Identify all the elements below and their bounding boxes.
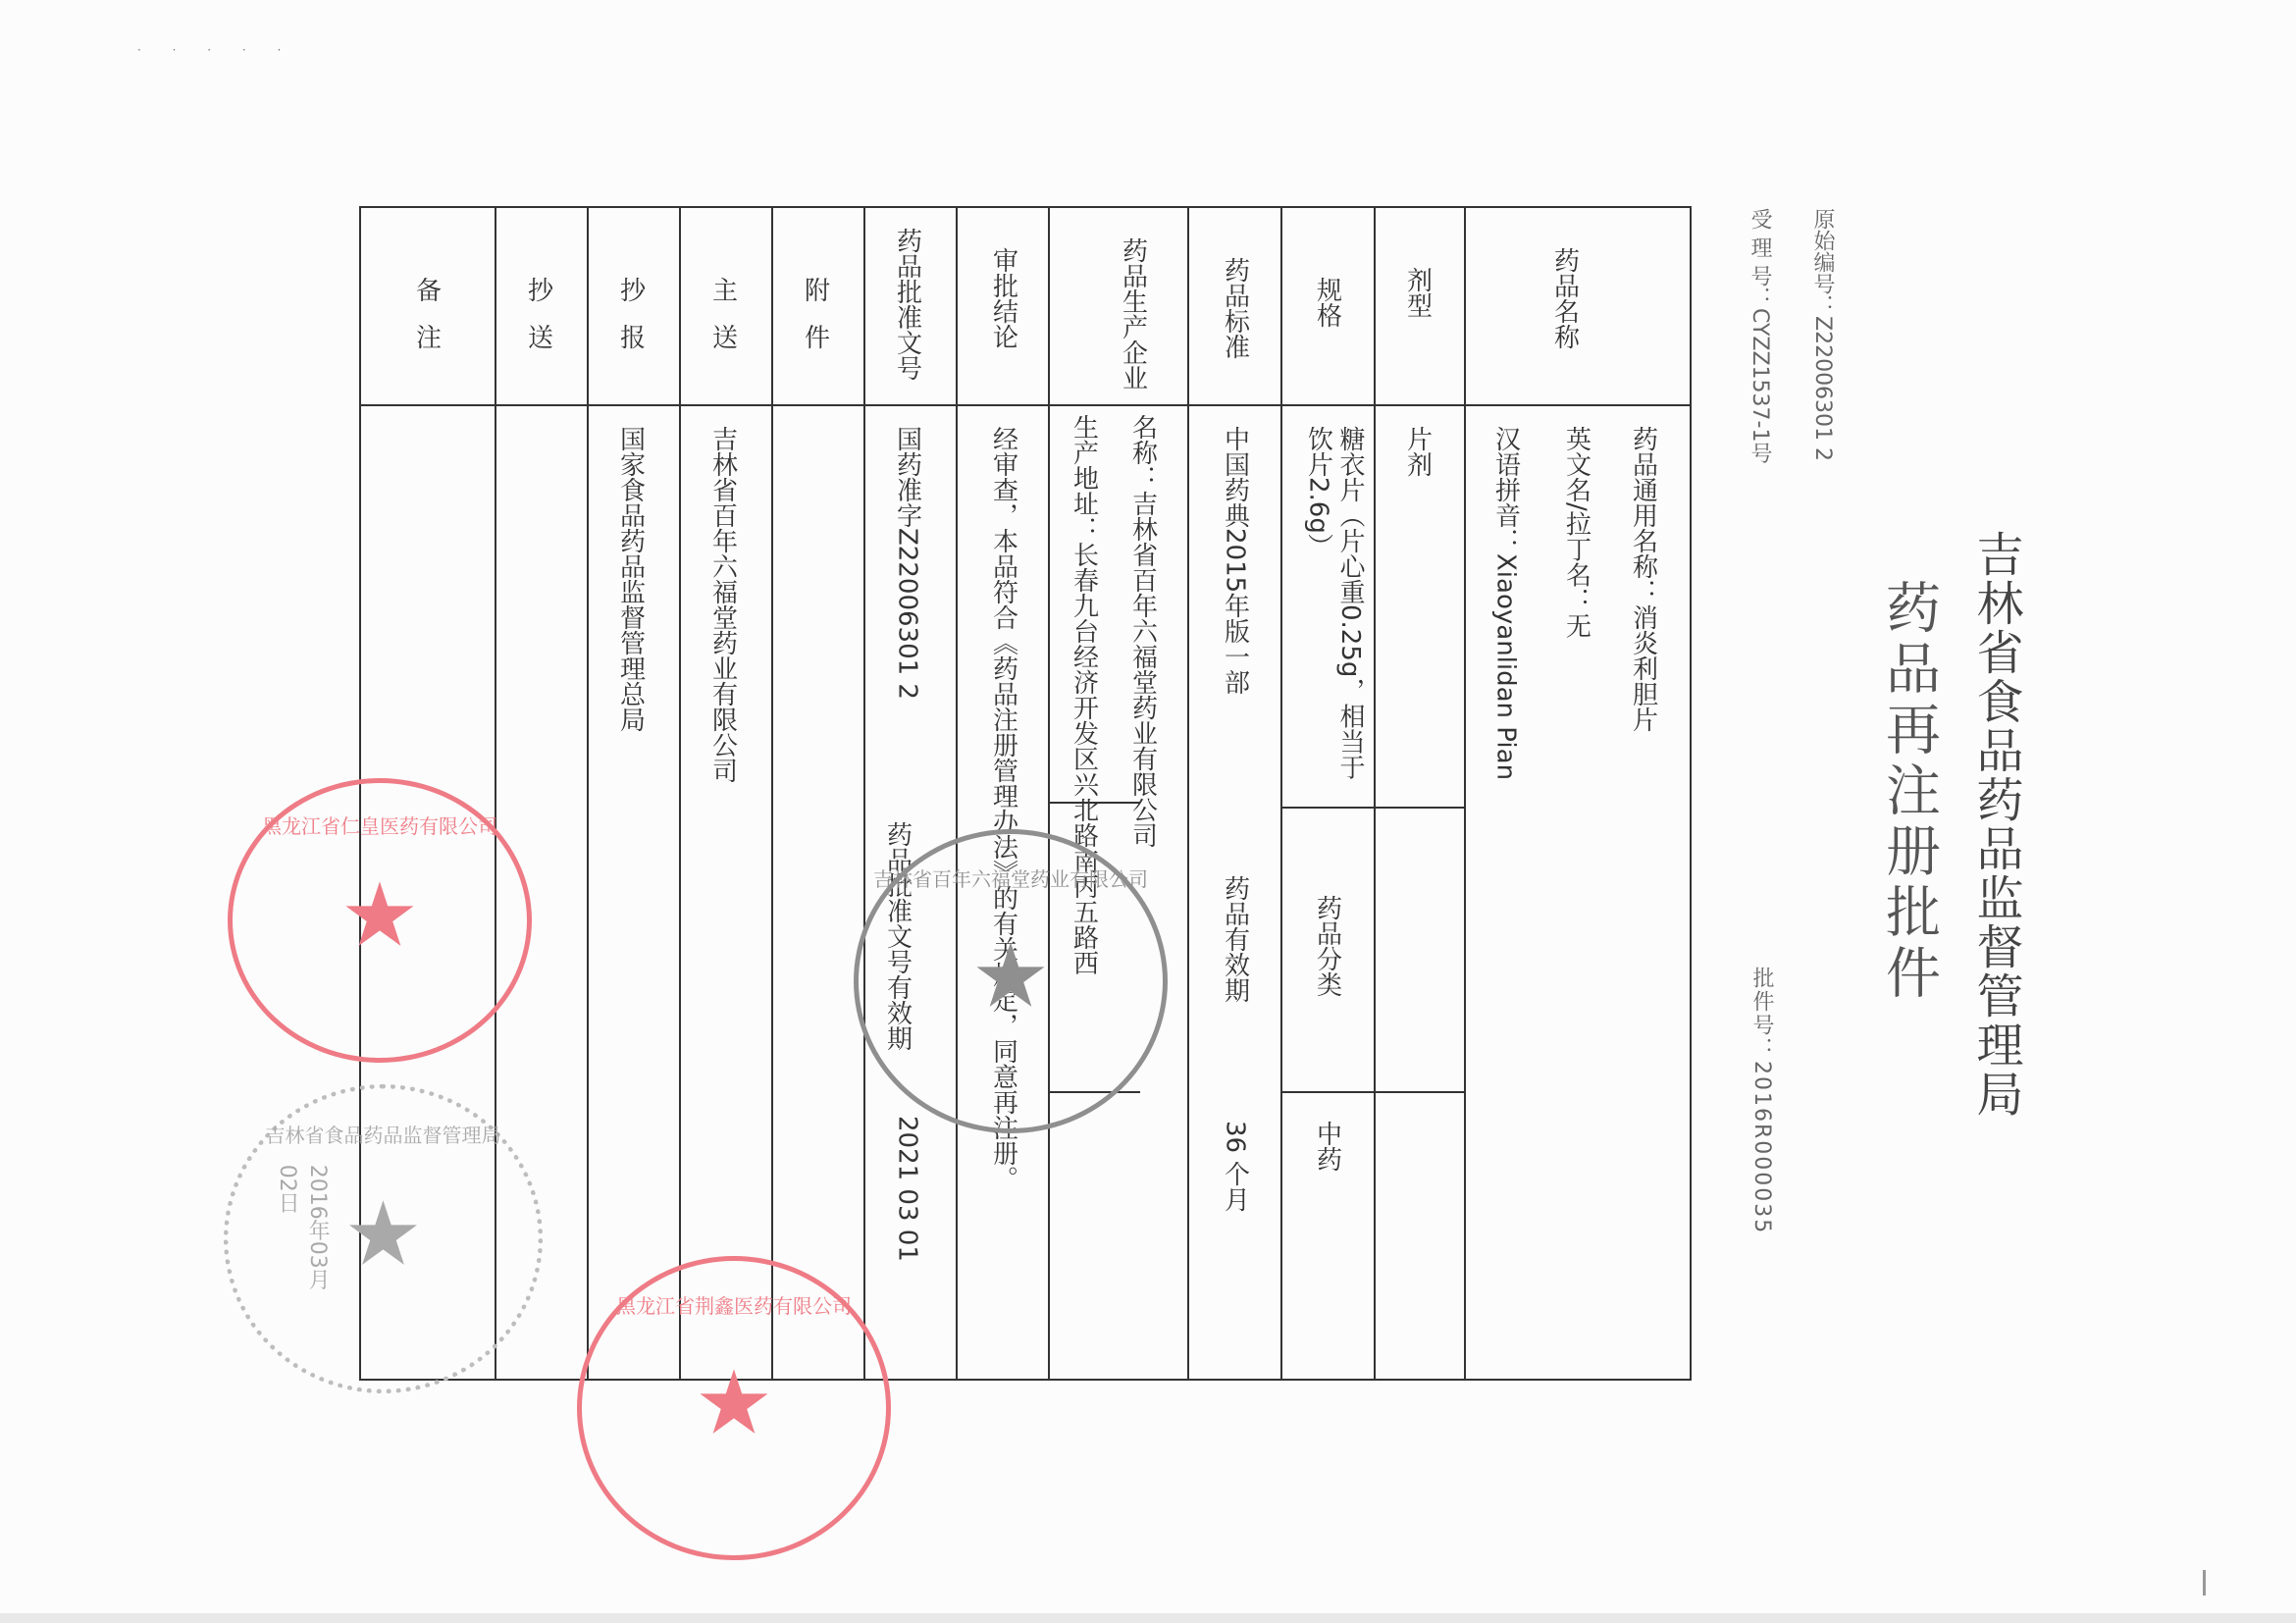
- remarks-label: 备注: [410, 277, 443, 371]
- agency-seal: ★ 吉林省食品药品监督管理局 2016年03月02日: [224, 1084, 543, 1393]
- star-icon: ★: [343, 1182, 423, 1285]
- approval-validity-value: 2021 03 01: [891, 1116, 923, 1262]
- registration-form-table: 药品名称 药品通用名称：消炎利胆片 英文名/拉丁名：无 汉语拼音：Xiaoyan…: [359, 206, 1692, 1381]
- approval-number-value: 国药准字Z22006301 2: [891, 426, 923, 700]
- dosage-form-label: 剂型: [1401, 267, 1434, 318]
- star-icon: ★: [695, 1351, 774, 1454]
- page-edge: [0, 1613, 2296, 1623]
- original-number: 原始编号：Z22006301 2: [1807, 208, 1838, 461]
- generic-name: 药品通用名称：消炎利胆片: [1627, 426, 1659, 732]
- main-recipient-value: 吉林省百年六福堂药业有限公司: [706, 426, 739, 783]
- star-icon: ★: [340, 864, 420, 967]
- pinyin-name: 汉语拼音：Xiaoyanlidan Pian: [1489, 426, 1522, 780]
- acceptance-number: 受 理 号：CYZZ1537-1号: [1745, 208, 1775, 463]
- spec-label: 规格: [1311, 277, 1343, 328]
- issuing-authority: 吉林省食品药品监督管理局: [1962, 530, 2030, 1119]
- pharmacy-seal-1: ★ 黑龙江省仁皇医药有限公司: [228, 778, 532, 1063]
- manufacturer-label: 药品生产企业: [1117, 237, 1149, 391]
- approval-document-number: 批件号：2016R000035: [1747, 967, 1777, 1234]
- standard-label: 药品标准: [1219, 257, 1251, 359]
- company-seal: ★ 吉林省百年六福堂药业有限公司: [854, 829, 1168, 1133]
- scan-margin-marks: · · · · ·: [137, 43, 294, 57]
- dosage-form-value: 片剂: [1401, 426, 1434, 477]
- scan-mark: [2203, 1570, 2206, 1596]
- standard-value: 中国药典2015年版一部: [1219, 426, 1251, 695]
- category-label: 药品分类: [1311, 895, 1343, 997]
- conclusion-label: 审批结论: [987, 247, 1019, 349]
- drug-name-label: 药品名称: [1548, 247, 1581, 349]
- validity-value: 36 个月: [1219, 1121, 1251, 1212]
- star-icon: ★: [971, 924, 1051, 1027]
- english-name: 英文名/拉丁名：无: [1560, 426, 1592, 639]
- report-to-label: 抄报: [614, 277, 647, 371]
- attachment-label: 附件: [799, 277, 831, 371]
- spec-value: 糖衣片（片心重0.25g，相当于饮片2.6g）: [1297, 426, 1366, 799]
- manufacturer-name: 名称：吉林省百年六福堂药业有限公司: [1126, 414, 1159, 848]
- approval-number-label: 药品批准文号: [891, 228, 923, 381]
- category-value: 中药: [1311, 1121, 1343, 1172]
- document-title: 药品再注册批件: [1869, 579, 1948, 1005]
- pharmacy-seal-2: ★ 黑龙江省荆鑫医药有限公司: [577, 1256, 891, 1560]
- copy-to-label: 抄送: [522, 277, 554, 371]
- validity-label: 药品有效期: [1219, 875, 1251, 1003]
- seal-date: 2016年03月02日: [272, 1164, 333, 1314]
- report-to-value: 国家食品药品监督管理总局: [614, 426, 647, 732]
- main-recipient-label: 主送: [706, 277, 739, 371]
